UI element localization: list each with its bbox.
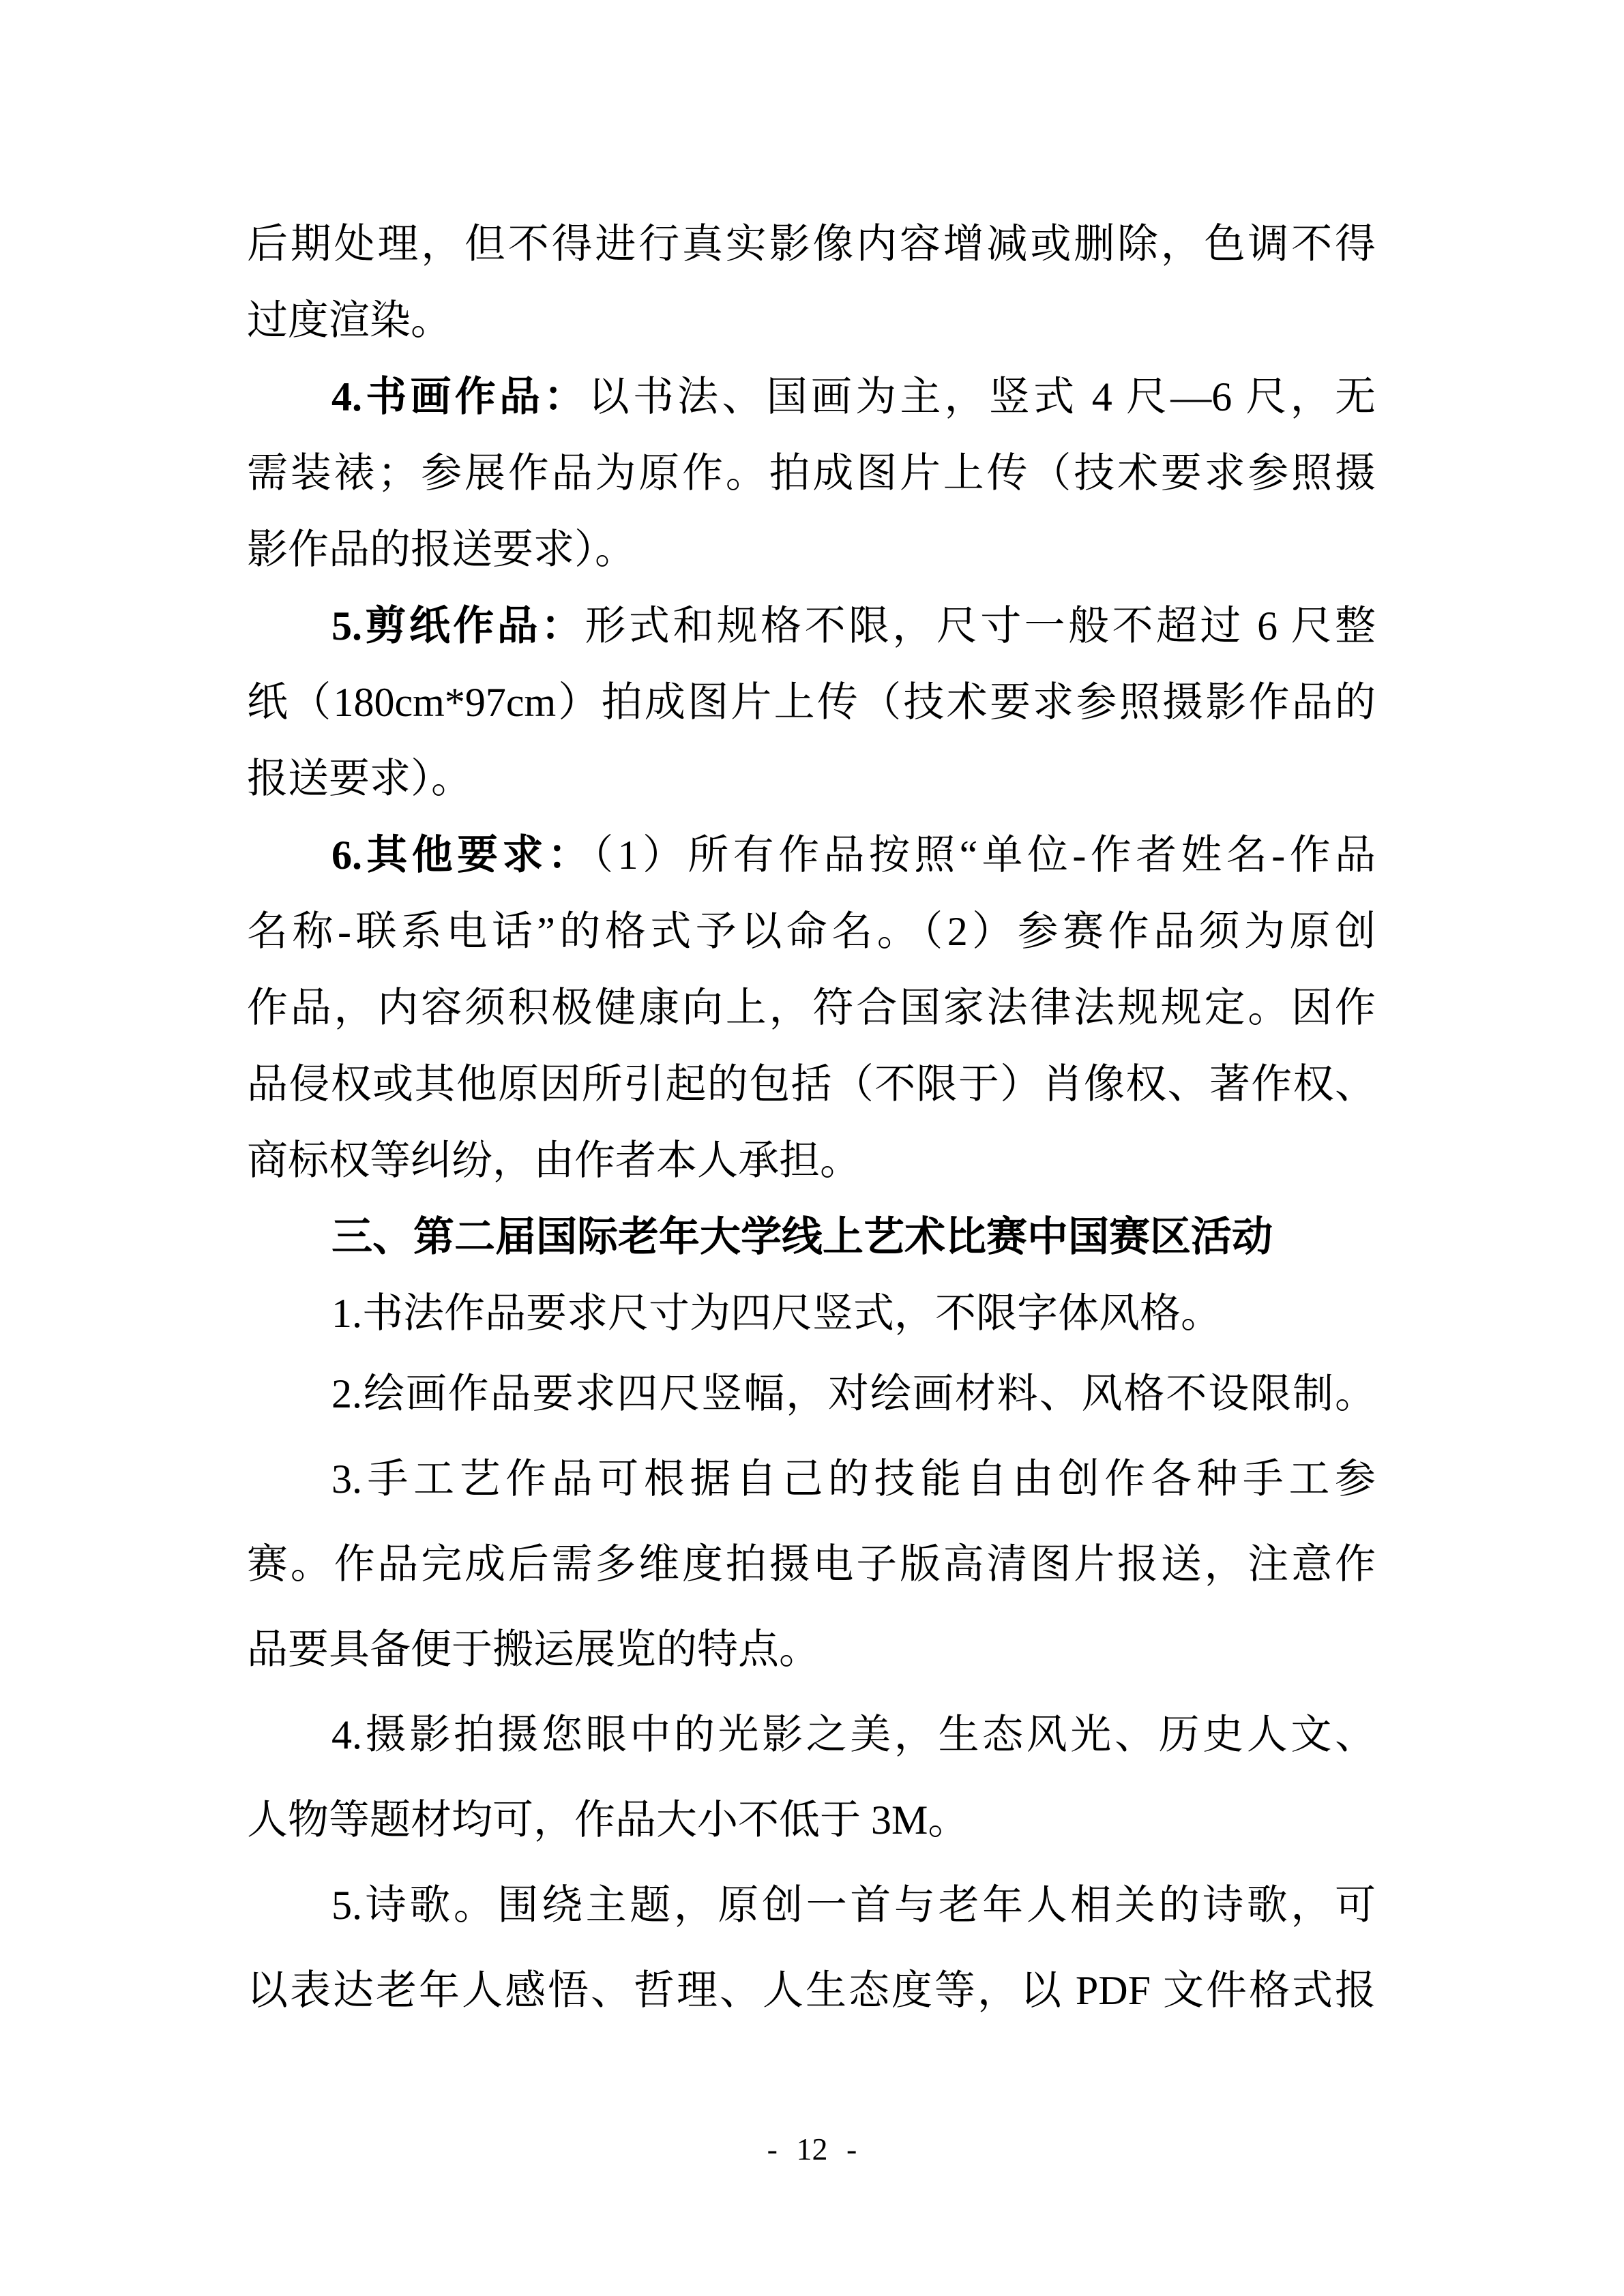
doc-line-10-text: 名称-联系电话”的格式予以命名。（2）参赛作品须为原创 [247,909,1376,954]
doc-line-22-text: 5.诗歌。围绕主题，原创一首与老年人相关的诗歌，可 [331,1883,1376,1928]
document-body: 后期处理，但不得进行真实影像内容增减或删除，色调不得 过度渲染。 4.书画作品：… [247,206,1376,2033]
doc-line-16: 2.绘画作品要求四尺竖幅，对绘画材料、风格不设限制。 [247,1352,1376,1437]
doc-line-20: 4.摄影拍摄您眼中的光影之美，生态风光、历史人文、 [247,1693,1376,1778]
doc-line-20-text: 4.摄影拍摄您眼中的光影之美，生态风光、历史人文、 [331,1712,1376,1757]
doc-line-6-lead: 5.剪纸作品： [331,603,585,648]
doc-line-2-text: 过度渲染。 [247,298,452,343]
doc-line-9-text: （1）所有作品按照“单位-作者姓名-作品 [593,833,1376,878]
doc-line-3-text: 以书法、国画为主，竖式 4 尺—6 尺，无 [589,374,1376,419]
doc-line-17: 3.手工艺作品可根据自己的技能自由创作各种手工参 [247,1437,1376,1522]
doc-line-3: 4.书画作品：以书法、国画为主，竖式 4 尺—6 尺，无 [247,359,1376,435]
doc-line-7: 纸（180cm*97cm）拍成图片上传（技术要求参照摄影作品的 [247,664,1376,741]
doc-line-22: 5.诗歌。围绕主题，原创一首与老年人相关的诗歌，可 [247,1863,1376,1948]
doc-line-3-lead: 4.书画作品： [331,374,589,419]
doc-line-10: 名称-联系电话”的格式予以命名。（2）参赛作品须为原创 [247,893,1376,970]
doc-line-19: 品要具备便于搬运展览的特点。 [247,1607,1376,1693]
doc-line-1: 后期处理，但不得进行真实影像内容增减或删除，色调不得 [247,206,1376,282]
doc-line-6-text: 形式和规格不限，尺寸一般不超过 6 尺整 [585,603,1376,648]
doc-line-17-text: 3.手工艺作品可根据自己的技能自由创作各种手工参 [331,1457,1376,1502]
doc-line-23-text: 以表达老年人感悟、哲理、人生态度等，以 PDF 文件格式报 [247,1968,1376,2013]
section-heading: 三、第二届国际老年大学线上艺术比赛中国赛区活动 [247,1199,1376,1275]
document-page: 后期处理，但不得进行真实影像内容增减或删除，色调不得 过度渲染。 4.书画作品：… [0,0,1624,2296]
section-heading-text: 三、第二届国际老年大学线上艺术比赛中国赛区活动 [331,1214,1273,1259]
doc-line-18-text: 赛。作品完成后需多维度拍摄电子版高清图片报送，注意作 [247,1542,1376,1587]
doc-line-4: 需装裱；参展作品为原作。拍成图片上传（技术要求参照摄 [247,435,1376,511]
doc-line-9-lead: 6.其他要求： [331,833,593,878]
doc-line-11-text: 作品，内容须积极健康向上，符合国家法律法规规定。因作 [247,985,1376,1030]
doc-line-9: 6.其他要求：（1）所有作品按照“单位-作者姓名-作品 [247,817,1376,893]
doc-line-1-text: 后期处理，但不得进行真实影像内容增减或删除，色调不得 [247,222,1376,267]
doc-line-11: 作品，内容须积极健康向上，符合国家法律法规规定。因作 [247,970,1376,1046]
doc-line-2: 过度渲染。 [247,282,1376,359]
doc-line-7-text: 纸（180cm*97cm）拍成图片上传（技术要求参照摄影作品的 [247,680,1376,725]
doc-line-15-text: 1.书法作品要求尺寸为四尺竖式，不限字体风格。 [331,1291,1222,1336]
page-number: - 12 - [0,2129,1624,2170]
doc-line-8: 报送要求）。 [247,741,1376,817]
doc-line-18: 赛。作品完成后需多维度拍摄电子版高清图片报送，注意作 [247,1522,1376,1607]
doc-line-8-text: 报送要求）。 [247,756,472,801]
doc-line-15: 1.书法作品要求尺寸为四尺竖式，不限字体风格。 [247,1275,1376,1352]
doc-line-13-text: 商标权等纠纷，由作者本人承担。 [247,1138,861,1183]
doc-line-5: 影作品的报送要求）。 [247,511,1376,588]
doc-line-12: 品侵权或其他原因所引起的包括（不限于）肖像权、著作权、 [247,1046,1376,1122]
doc-line-16-text: 2.绘画作品要求四尺竖幅，对绘画材料、风格不设限制。 [331,1371,1376,1416]
doc-line-5-text: 影作品的报送要求）。 [247,527,636,572]
doc-line-12-text: 品侵权或其他原因所引起的包括（不限于）肖像权、著作权、 [247,1062,1376,1107]
doc-line-4-text: 需装裱；参展作品为原作。拍成图片上传（技术要求参照摄 [247,451,1376,496]
doc-line-6: 5.剪纸作品：形式和规格不限，尺寸一般不超过 6 尺整 [247,588,1376,664]
doc-line-23: 以表达老年人感悟、哲理、人生态度等，以 PDF 文件格式报 [247,1948,1376,2033]
doc-line-13: 商标权等纠纷，由作者本人承担。 [247,1122,1376,1199]
doc-line-19-text: 品要具备便于搬运展览的特点。 [247,1627,820,1672]
doc-line-21: 人物等题材均可，作品大小不低于 3M。 [247,1778,1376,1863]
doc-line-21-text: 人物等题材均可，作品大小不低于 3M。 [247,1798,969,1843]
